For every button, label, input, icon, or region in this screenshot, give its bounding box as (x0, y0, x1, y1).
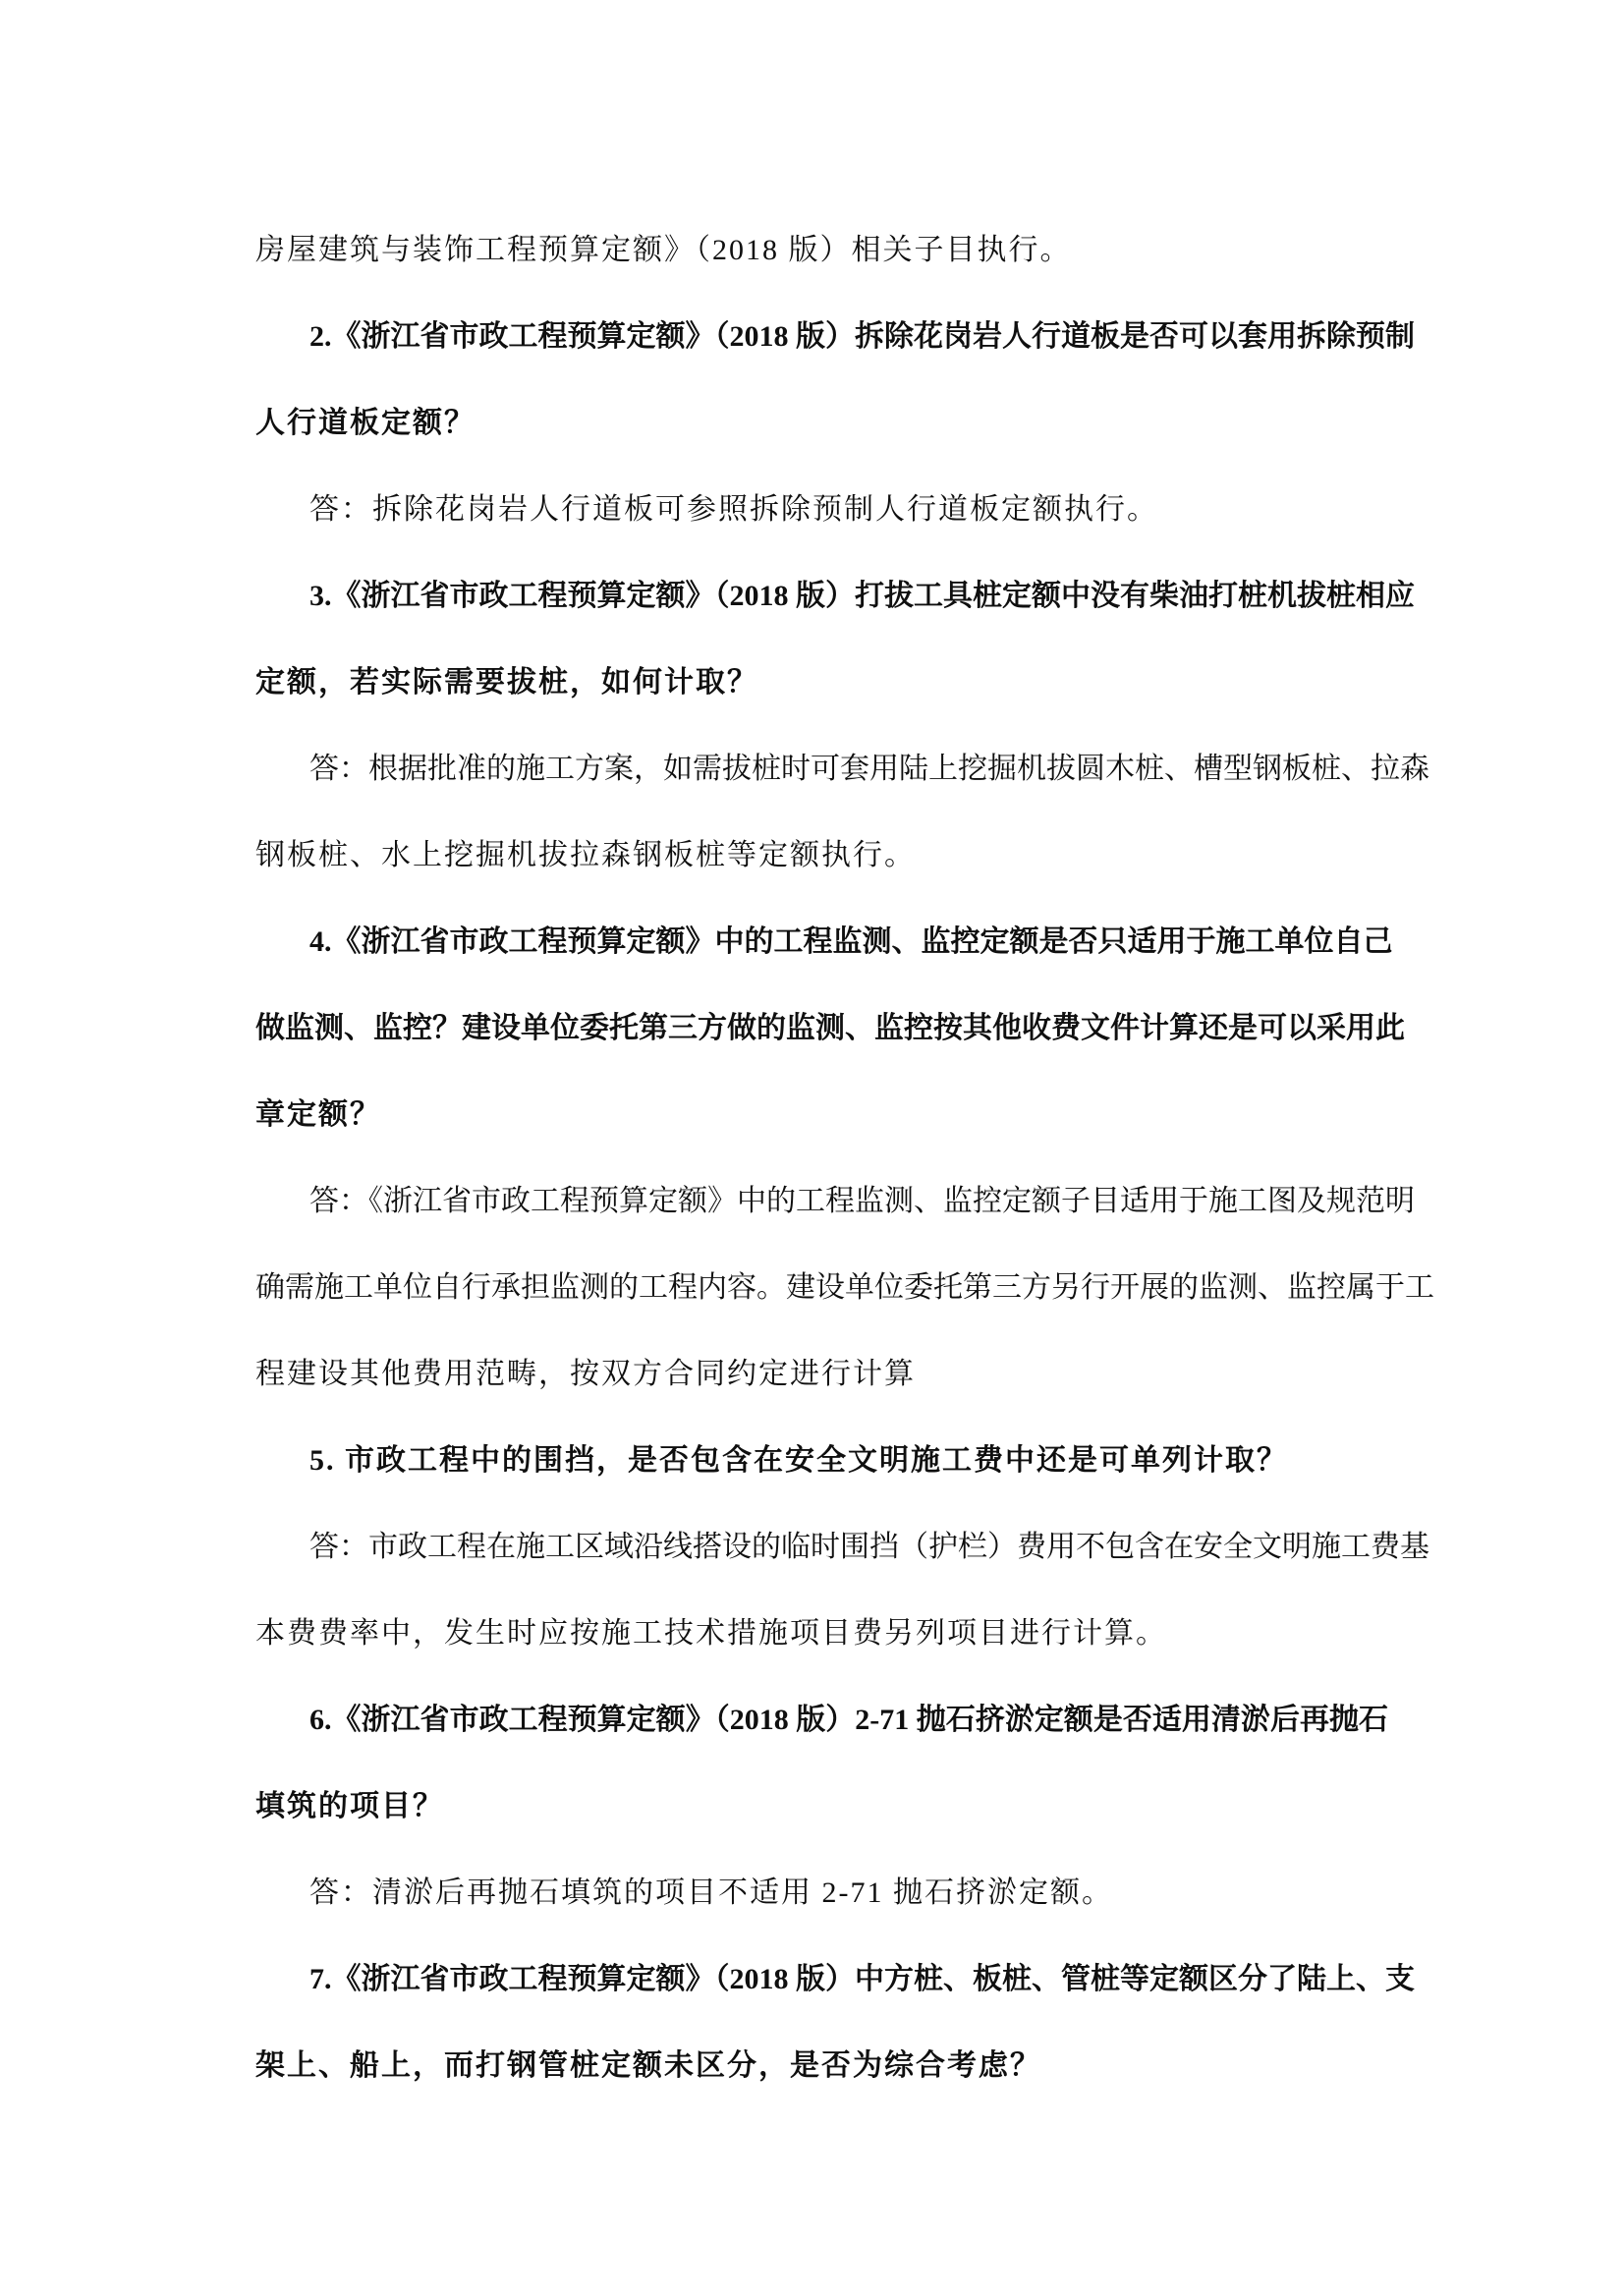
text-line-19: 填筑的项目？ (255, 1764, 1388, 1850)
text-line-21: 7.《浙江省市政工程预算定额》（2018 版）中方桩、板桩、管桩等定额区分了陆上… (255, 1936, 1388, 2023)
text-line-6: 定额，若实际需要拔桩，如何计取？ (255, 640, 1388, 726)
text-line-8: 钢板桩、水上挖掘机拔拉森钢板桩等定额执行。 (255, 812, 1388, 899)
text-line-5: 3.《浙江省市政工程预算定额》（2018 版）打拔工具桩定额中没有柴油打桩机拔桩… (255, 553, 1388, 640)
text-line-4: 答：拆除花岗岩人行道板可参照拆除预制人行道板定额执行。 (255, 467, 1388, 553)
document-text-block: 房屋建筑与装饰工程预算定额》（2018 版）相关子目执行。 2.《浙江省市政工程… (255, 207, 1388, 2109)
text-line-11: 章定额？ (255, 1072, 1388, 1158)
text-line-7: 答：根据批准的施工方案，如需拔桩时可套用陆上挖掘机拔圆木桩、槽型钢板桩、拉森 (255, 726, 1388, 812)
text-line-12: 答：《浙江省市政工程预算定额》中的工程监测、监控定额子目适用于施工图及规范明 (255, 1158, 1388, 1245)
text-line-15: 5. 市政工程中的围挡，是否包含在安全文明施工费中还是可单列计取？ (255, 1418, 1388, 1504)
text-line-3: 人行道板定额？ (255, 380, 1388, 467)
text-line-18: 6.《浙江省市政工程预算定额》（2018 版）2-71 抛石挤淤定额是否适用清淤… (255, 1677, 1388, 1764)
text-line-2: 2.《浙江省市政工程预算定额》（2018 版）拆除花岗岩人行道板是否可以套用拆除… (255, 294, 1388, 380)
text-line-9: 4.《浙江省市政工程预算定额》中的工程监测、监控定额是否只适用于施工单位自己 (255, 899, 1388, 985)
text-line-20: 答：清淤后再抛石填筑的项目不适用 2-71 抛石挤淤定额。 (255, 1850, 1388, 1936)
text-line-17: 本费费率中，发生时应按施工技术措施项目费另列项目进行计算。 (255, 1591, 1388, 1677)
document-page: 房屋建筑与装饰工程预算定额》（2018 版）相关子目执行。 2.《浙江省市政工程… (0, 0, 1624, 2296)
text-line-1: 房屋建筑与装饰工程预算定额》（2018 版）相关子目执行。 (255, 207, 1388, 294)
text-line-22: 架上、船上，而打钢管桩定额未区分，是否为综合考虑？ (255, 2023, 1388, 2109)
text-line-10: 做监测、监控？建设单位委托第三方做的监测、监控按其他收费文件计算还是可以采用此 (255, 985, 1388, 1072)
text-line-16: 答：市政工程在施工区域沿线搭设的临时围挡（护栏）费用不包含在安全文明施工费基 (255, 1504, 1388, 1591)
text-line-14: 程建设其他费用范畴，按双方合同约定进行计算 (255, 1331, 1388, 1418)
text-line-13: 确需施工单位自行承担监测的工程内容。建设单位委托第三方另行开展的监测、监控属于工 (255, 1245, 1388, 1331)
